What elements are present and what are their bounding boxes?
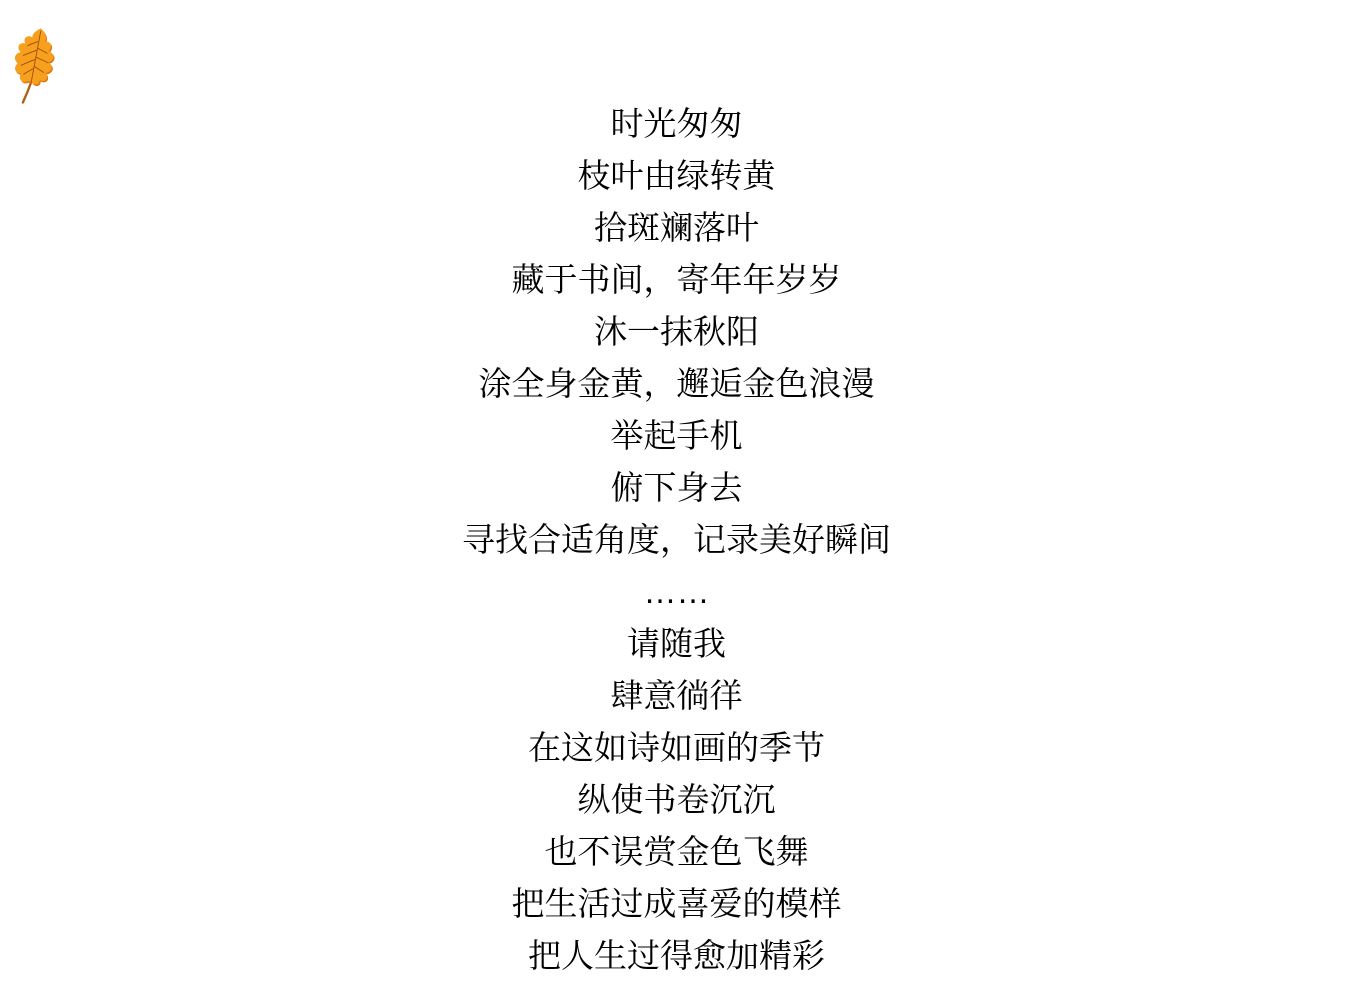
poem-line: 举起手机 [0,410,1353,462]
poem-line: 纵使书卷沉沉 [0,774,1353,826]
oak-leaf-graphic [5,23,66,110]
autumn-leaf-icon [5,23,66,110]
poem-line: 时光匆匆 [0,98,1353,150]
document-canvas: 时光匆匆 枝叶由绿转黄 拾斑斓落叶 藏于书间，寄年年岁岁 沐一抹秋阳 涂全身金黄… [0,0,1353,1008]
poem-line: 请随我 [0,618,1353,670]
poem-line: 藏于书间，寄年年岁岁 [0,254,1353,306]
poem-line: 也不误赏金色飞舞 [0,826,1353,878]
leaf-body [12,25,58,86]
poem-line: 俯下身去 [0,462,1353,514]
poem-line: 沐一抹秋阳 [0,306,1353,358]
poem-line: 拾斑斓落叶 [0,202,1353,254]
poem-line: 肆意徜徉 [0,670,1353,722]
poem-line-ellipsis: …… [0,566,1353,618]
poem-line: 把生活过成喜爱的模样 [0,878,1353,930]
poem-line: 涂全身金黄，邂逅金色浪漫 [0,358,1353,410]
poem-body: 时光匆匆 枝叶由绿转黄 拾斑斓落叶 藏于书间，寄年年岁岁 沐一抹秋阳 涂全身金黄… [0,98,1353,982]
poem-line: 寻找合适角度，记录美好瞬间 [0,514,1353,566]
poem-line: 在这如诗如画的季节 [0,722,1353,774]
poem-line: 把人生过得愈加精彩 [0,930,1353,982]
poem-line: 枝叶由绿转黄 [0,150,1353,202]
